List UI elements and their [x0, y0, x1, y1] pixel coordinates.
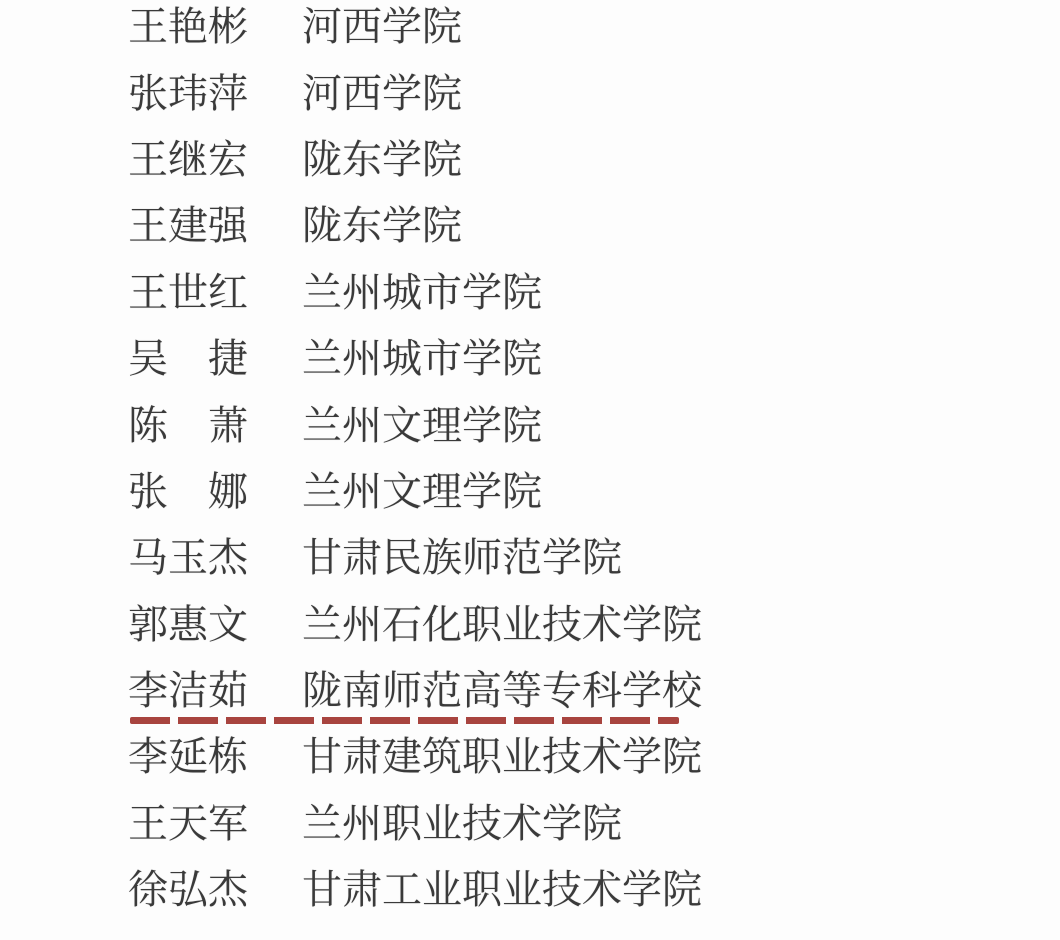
table-row: 王建强 陇东学院 — [0, 193, 1060, 259]
red-dashed-underline — [130, 717, 679, 724]
institution-name: 兰州城市学院 — [302, 339, 542, 379]
institution-name: 河西学院 — [302, 74, 462, 114]
person-name: 李延栋 — [128, 737, 302, 777]
person-name: 李洁茹 — [128, 671, 302, 711]
person-name: 马玉杰 — [128, 538, 302, 578]
institution-name: 甘肃工业职业技术学院 — [302, 870, 702, 910]
person-name: 王艳彬 — [128, 7, 302, 47]
person-name: 张玮萍 — [128, 74, 302, 114]
institution-name: 兰州文理学院 — [302, 472, 542, 512]
institution-name: 陇东学院 — [302, 206, 462, 246]
table-row: 王世红 兰州城市学院 — [0, 260, 1060, 326]
institution-name: 兰州城市学院 — [302, 273, 542, 313]
institution-name: 甘肃民族师范学院 — [302, 538, 622, 578]
institution-name: 河西学院 — [302, 7, 462, 47]
person-name: 王天军 — [128, 804, 302, 844]
table-row: 王天军 兰州职业技术学院 — [0, 791, 1060, 857]
name-institution-list: 王艳彬 河西学院 张玮萍 河西学院 王继宏 陇东学院 王建强 陇东学院 王世红 … — [0, 0, 1060, 923]
table-row: 吴 捷 兰州城市学院 — [0, 326, 1060, 392]
table-row-highlighted: 李洁茹 陇南师范高等专科学校 — [0, 658, 1060, 724]
table-row: 张 娜 兰州文理学院 — [0, 459, 1060, 525]
table-row: 李延栋 甘肃建筑职业技术学院 — [0, 724, 1060, 790]
table-row: 陈 萧 兰州文理学院 — [0, 392, 1060, 458]
person-name: 王世红 — [128, 273, 302, 313]
person-name: 王建强 — [128, 206, 302, 246]
institution-name: 兰州石化职业技术学院 — [302, 605, 702, 645]
institution-name: 陇南师范高等专科学校 — [302, 671, 702, 711]
table-row: 郭惠文 兰州石化职业技术学院 — [0, 592, 1060, 658]
person-name: 陈 萧 — [128, 406, 302, 446]
person-name: 王继宏 — [128, 140, 302, 180]
institution-name: 甘肃建筑职业技术学院 — [302, 737, 702, 777]
table-row: 王继宏 陇东学院 — [0, 127, 1060, 193]
table-row: 张玮萍 河西学院 — [0, 60, 1060, 126]
person-name: 吴 捷 — [128, 339, 302, 379]
institution-name: 兰州职业技术学院 — [302, 804, 622, 844]
table-row: 马玉杰 甘肃民族师范学院 — [0, 525, 1060, 591]
table-row: 王艳彬 河西学院 — [0, 0, 1060, 60]
person-name: 徐弘杰 — [128, 870, 302, 910]
person-name: 郭惠文 — [128, 605, 302, 645]
institution-name: 兰州文理学院 — [302, 406, 542, 446]
institution-name: 陇东学院 — [302, 140, 462, 180]
person-name: 张 娜 — [128, 472, 302, 512]
table-row: 徐弘杰 甘肃工业职业技术学院 — [0, 857, 1060, 923]
